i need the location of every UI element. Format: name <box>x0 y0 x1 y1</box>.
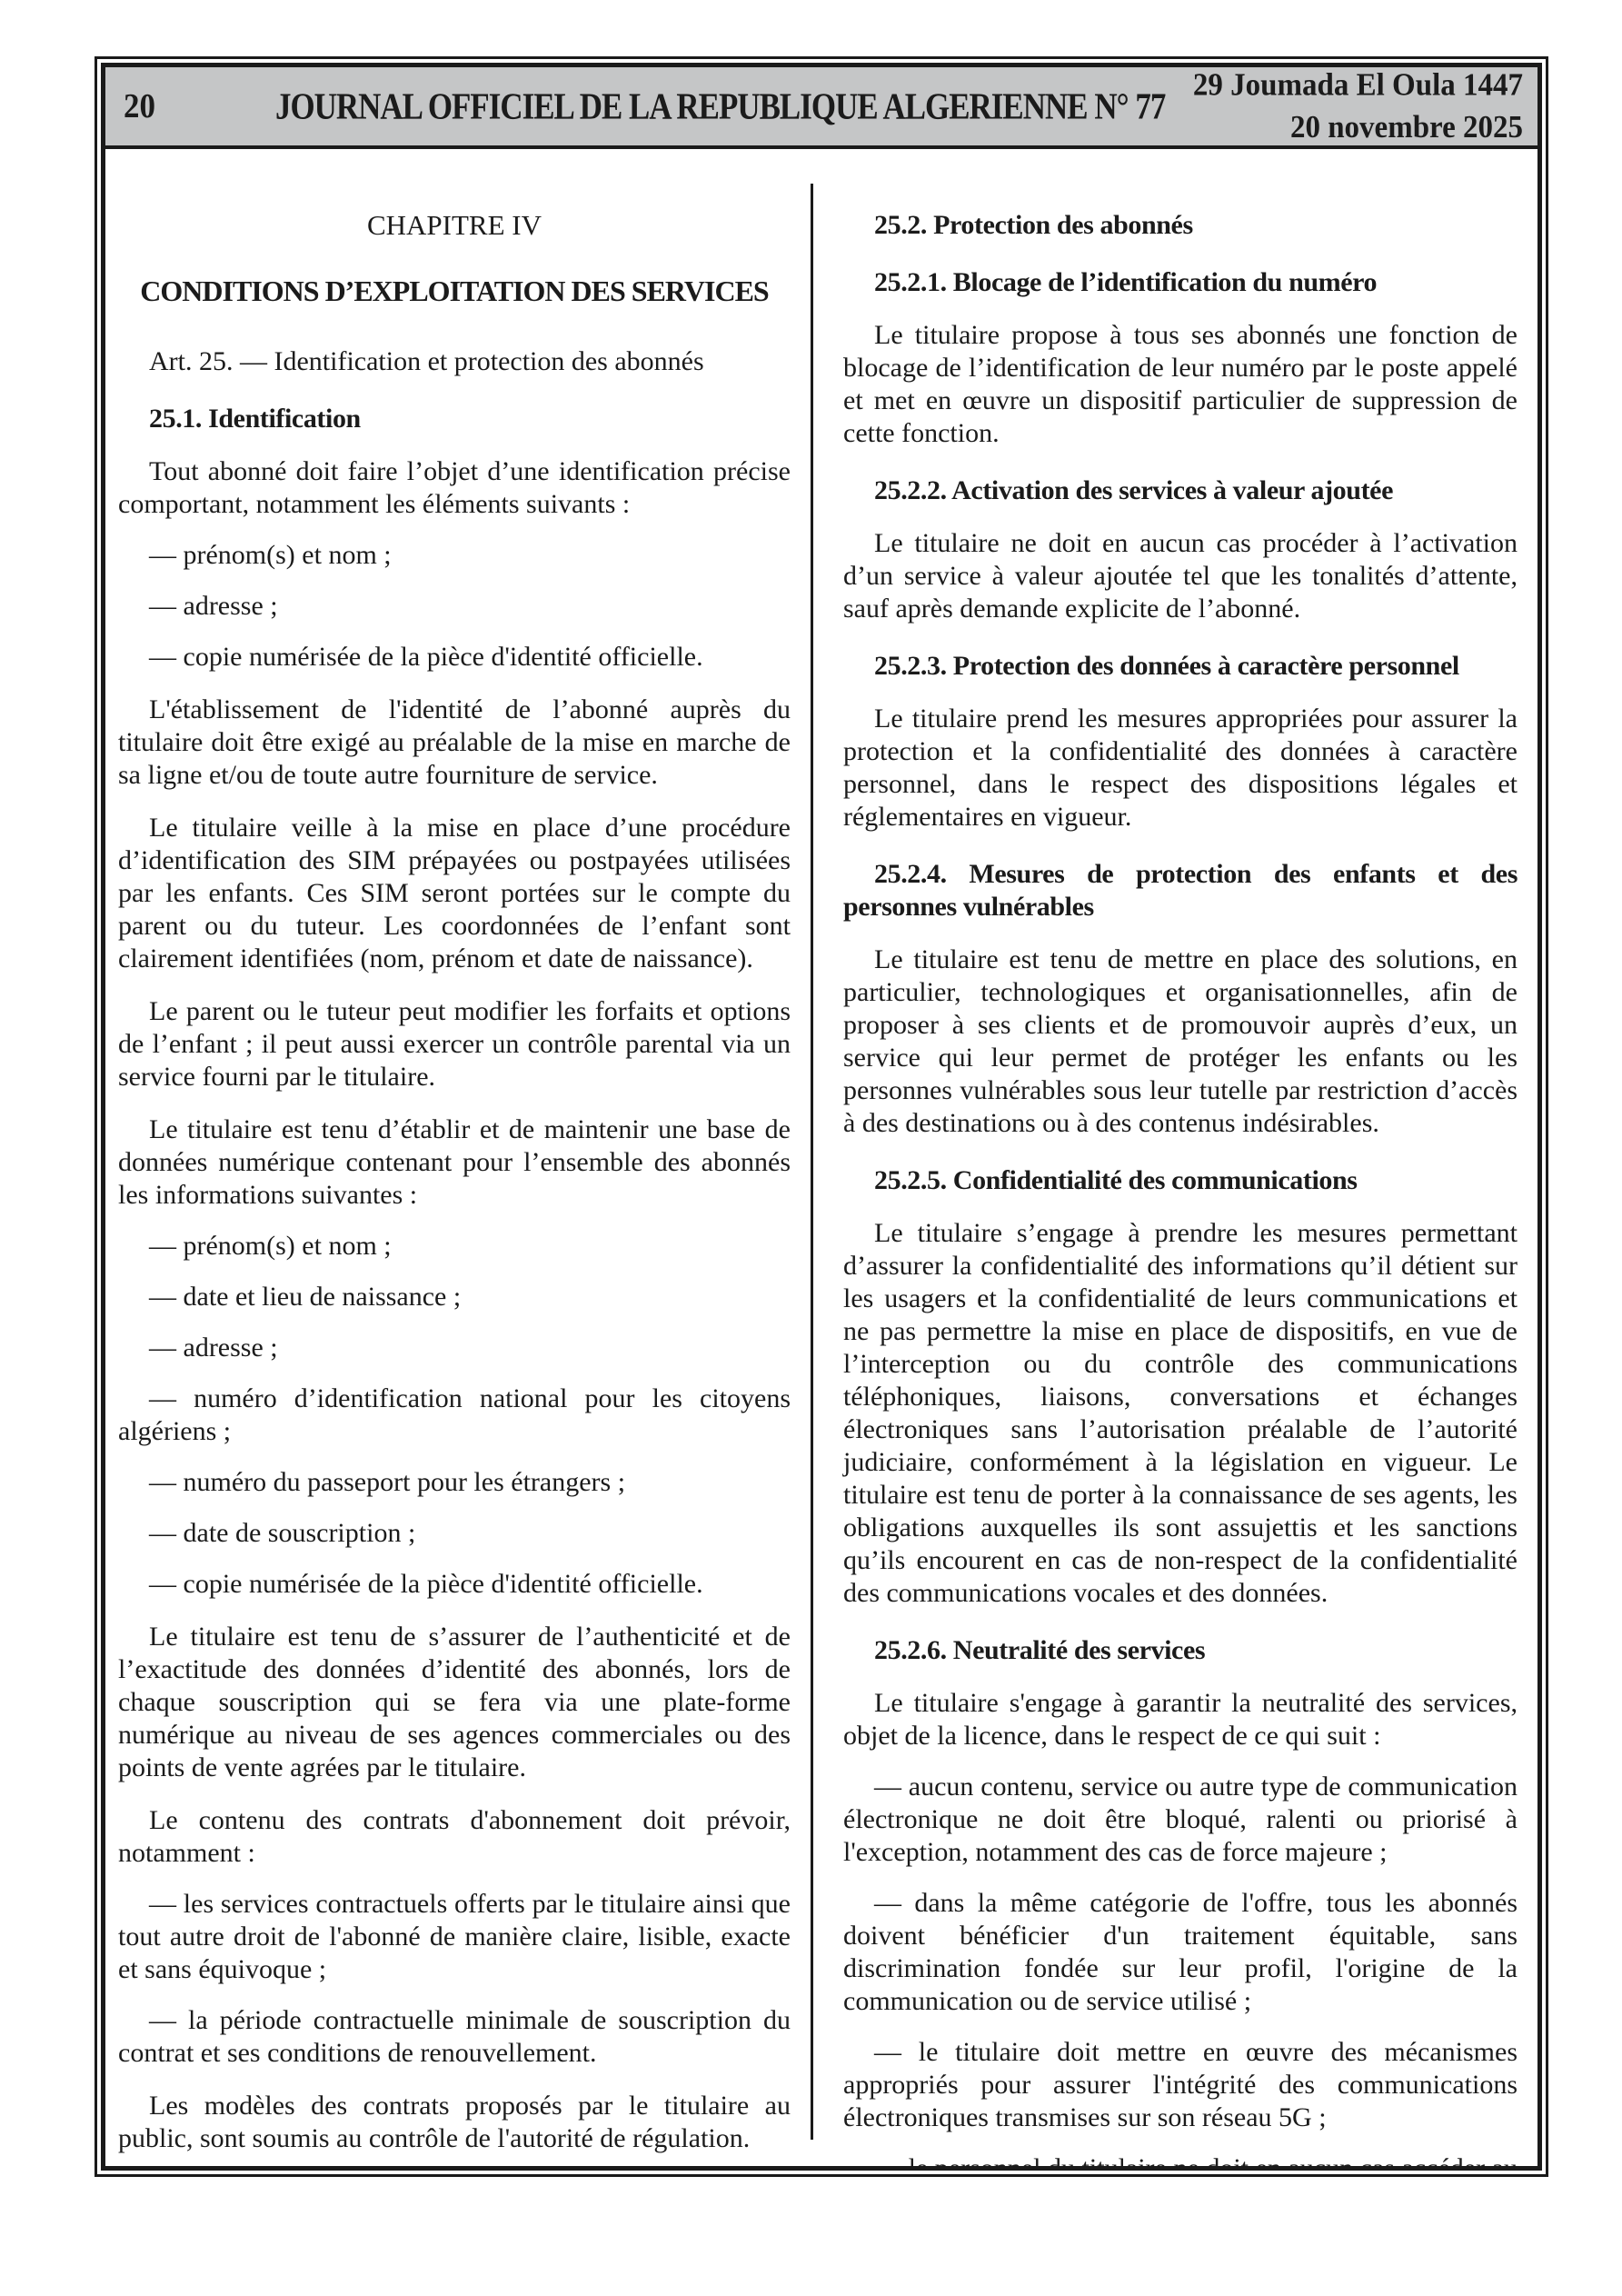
heading: 25.2.5. Confidentialité des communicatio… <box>843 1164 1518 1197</box>
heading: 25.1. Identification <box>118 403 791 435</box>
chapter-title: CONDITIONS D’EXPLOITATION DES SERVICES <box>118 275 791 307</box>
paragraph: Le titulaire prend les mesures approprié… <box>843 703 1518 834</box>
list-item: — la période contractuelle minimale de s… <box>118 2004 791 2070</box>
paragraph: Le titulaire est tenu de mettre en place… <box>843 943 1518 1140</box>
list-item: — numéro d’identification national pour … <box>118 1383 791 1448</box>
paragraph: Le titulaire est tenu d’établir et de ma… <box>118 1113 791 1212</box>
heading: 25.2.2. Activation des services à valeur… <box>843 474 1518 507</box>
date-hijri: 29 Joumada El Oula 1447 <box>1193 64 1523 106</box>
page-frame-inner: 20 JOURNAL OFFICIEL DE LA REPUBLIQUE ALG… <box>101 63 1542 2171</box>
list-item: — date de souscription ; <box>118 1517 791 1550</box>
column-divider <box>811 184 813 2140</box>
heading: 25.2. Protection des abonnés <box>843 209 1518 242</box>
journal-page: 20 JOURNAL OFFICIEL DE LA REPUBLIQUE ALG… <box>0 0 1622 2296</box>
heading: 25.2.3. Protection des données à caractè… <box>843 650 1518 683</box>
list-item: — le titulaire doit mettre en œuvre des … <box>843 2036 1518 2134</box>
list-item: — prénom(s) et nom ; <box>118 539 791 572</box>
paragraph: Le parent ou le tuteur peut modifier les… <box>118 995 791 1093</box>
paragraph: Le contenu des contrats d'abonnement doi… <box>118 1804 791 1870</box>
paragraph: Le titulaire veille à la mise en place d… <box>118 812 791 975</box>
paragraph: Le titulaire ne doit en aucun cas procéd… <box>843 527 1518 625</box>
paragraph: Le titulaire est tenu de s’assurer de l’… <box>118 1621 791 1784</box>
list-item: — les services contractuels offerts par … <box>118 1888 791 1986</box>
page-number: 20 <box>124 86 188 125</box>
list-item: — le personnel du titulaire ne doit en a… <box>843 2152 1518 2166</box>
paragraph: Les modèles des contrats proposés par le… <box>118 2090 791 2155</box>
heading: 25.2.6. Neutralité des services <box>843 1634 1518 1667</box>
list-item: — copie numérisée de la pièce d'identité… <box>118 641 791 674</box>
list-item: — dans la même catégorie de l'offre, tou… <box>843 1887 1518 2018</box>
article: Art. 25. — Identification et protection … <box>118 345 791 378</box>
list-item: — adresse ; <box>118 590 791 623</box>
list-item: — date et lieu de naissance ; <box>118 1281 791 1313</box>
paragraph: L'établissement de l'identité de l’abonn… <box>118 694 791 792</box>
paragraph: Le titulaire s'engage à garantir la neut… <box>843 1687 1518 1752</box>
right-column: 25.2. Protection des abonnés25.2.1. Bloc… <box>843 185 1518 2166</box>
heading: 25.2.1. Blocage de l’identification du n… <box>843 266 1518 299</box>
list-item: — prénom(s) et nom ; <box>118 1230 791 1263</box>
paragraph: Le titulaire s’engage à prendre les mesu… <box>843 1217 1518 1610</box>
list-item: — adresse ; <box>118 1332 791 1364</box>
paragraph: Tout abonné doit faire l’objet d’une ide… <box>118 455 791 521</box>
list-item: — copie numérisée de la pièce d'identité… <box>118 1568 791 1601</box>
header-dates: 29 Joumada El Oula 1447 20 novembre 2025 <box>1193 64 1523 148</box>
chapter: CHAPITRE IV <box>118 209 791 242</box>
date-gregorian: 20 novembre 2025 <box>1193 106 1523 149</box>
list-item: — aucun contenu, service ou autre type d… <box>843 1771 1518 1869</box>
paragraph: Le titulaire propose à tous ses abonnés … <box>843 319 1518 450</box>
list-item: — numéro du passeport pour les étrangers… <box>118 1466 791 1499</box>
page-frame: 20 JOURNAL OFFICIEL DE LA REPUBLIQUE ALG… <box>95 56 1548 2177</box>
page-content: CHAPITRE IVCONDITIONS D’EXPLOITATION DES… <box>105 153 1537 2166</box>
journal-title: JOURNAL OFFICIEL DE LA REPUBLIQUE ALGERI… <box>275 85 1165 128</box>
left-column: CHAPITRE IVCONDITIONS D’EXPLOITATION DES… <box>118 185 791 2155</box>
page-header: 20 JOURNAL OFFICIEL DE LA REPUBLIQUE ALG… <box>105 67 1537 149</box>
heading: 25.2.4. Mesures de protection des enfant… <box>843 858 1518 923</box>
